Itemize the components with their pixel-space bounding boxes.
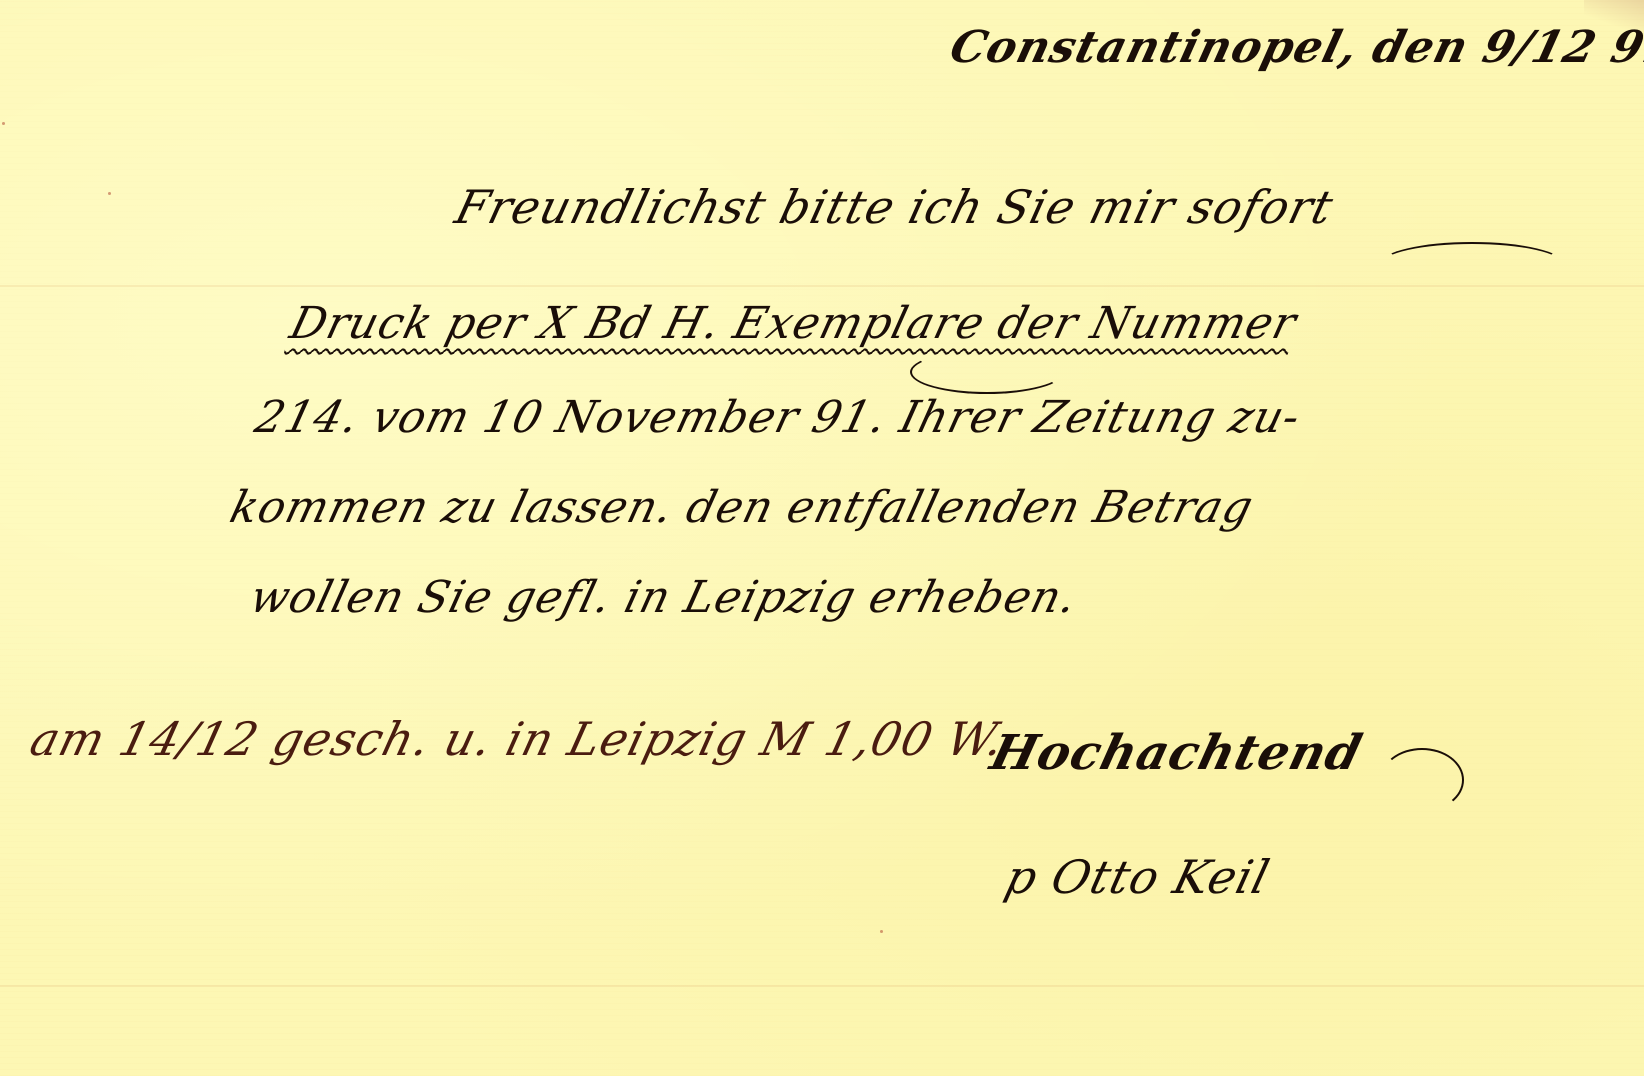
closing-salutation: Hochachtend [985,725,1368,781]
paper-texture-line [0,285,1644,287]
body-line-3: 214. vom 10 November 91. Ihrer Zeitung z… [250,392,1306,443]
body-line-2: Druck per X Bd H. Exemplare der Nummer [285,298,1302,349]
sofort-underline-flourish [1380,242,1564,286]
body-line-1: Freundlichst bitte ich Sie mir sofort [450,180,1339,234]
paper-speck [880,930,883,933]
exemplare-bracket-flourish [910,350,1064,394]
paper-speck [108,192,111,195]
letter-paper: Constantinopel, den 9/12 91 Freundlichst… [0,0,1644,1076]
receipt-annotation: am 14/12 gesch. u. in Leipzig M 1,00 W. [25,712,1011,766]
signature: p Otto Keil [1000,850,1275,904]
place-date-header: Constantinopel, den 9/12 91 [945,22,1644,73]
paper-speck [2,122,5,125]
salutation-flourish [1380,748,1464,812]
body-line-4: kommen zu lassen. den entfallenden Betra… [225,482,1259,533]
paper-texture-line [0,985,1644,987]
body-line-5: wollen Sie gefl. in Leipzig erheben. [245,572,1082,623]
